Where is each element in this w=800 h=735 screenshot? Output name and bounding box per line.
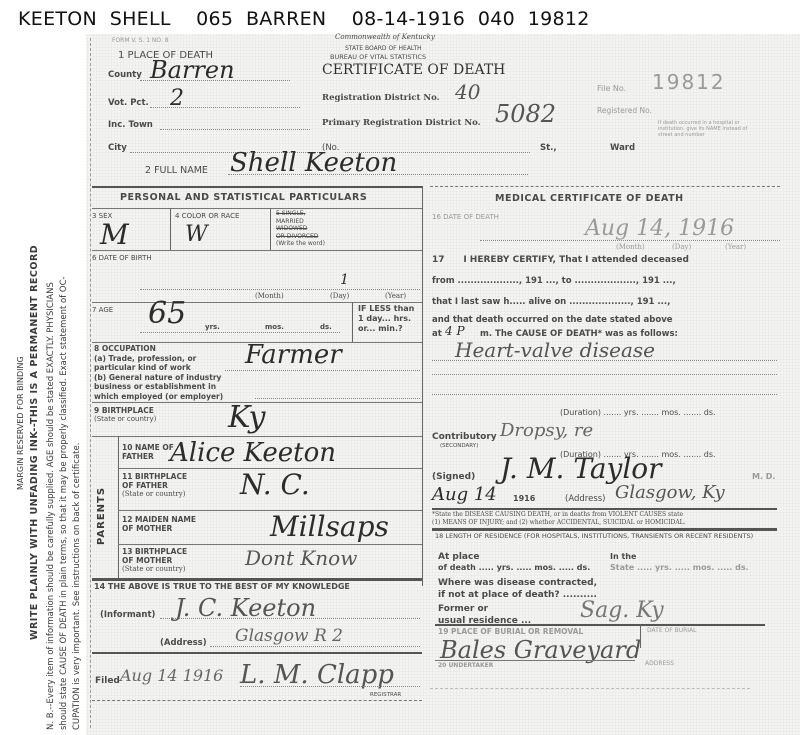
occupation-labels: 8 OCCUPATION (a) Trade, profession, or p…	[94, 344, 223, 401]
mother-maiden-labels: 12 MAIDEN NAME OF MOTHER	[122, 515, 196, 533]
attended-from-line: from ..................., 191 ..., to ..…	[432, 276, 676, 286]
birthplace-label: 9 BIRTHPLACE	[94, 406, 156, 415]
dob-label: 6 DATE OF BIRTH	[92, 254, 152, 262]
dod-month-label: (Month)	[616, 243, 645, 251]
divider	[92, 700, 422, 701]
vot-pct-label: Vot. Pct.	[108, 98, 149, 108]
marital-status-options: 5 SINGLE, MARRIED WIDOWED OR DIVORCED (W…	[276, 210, 325, 248]
hospital-note: If death occurred in a hospital or insti…	[658, 120, 758, 138]
county-value: Barren	[150, 56, 235, 84]
cause-line-2	[432, 374, 777, 375]
contributory-label: Contributory	[432, 432, 497, 442]
residence-label: 18 LENGTH OF RESIDENCE (FOR HOSPITALS, I…	[435, 532, 775, 540]
footnote-1: *State the DISEASE CAUSING DEATH, or in …	[432, 511, 683, 518]
date-of-death-label: 16 DATE OF DEATH	[432, 213, 499, 221]
divider	[92, 208, 422, 209]
father-birth-sub: (State or country)	[122, 490, 187, 499]
marital-widowed: WIDOWED	[276, 225, 325, 233]
occupation-a: (a) Trade, profession, or	[94, 354, 223, 364]
inc-town-line	[160, 129, 310, 130]
divider	[270, 208, 271, 250]
cause-line	[432, 360, 777, 361]
mother-maiden-label2: OF MOTHER	[122, 524, 196, 533]
address-value: Glasgow R 2	[235, 626, 343, 646]
burial-label: 19 PLACE OF BURIAL OR REMOVAL	[438, 627, 583, 636]
divider	[430, 186, 780, 187]
registrar-label: REGISTRAR	[370, 692, 401, 698]
personal-section-title: PERSONAL AND STATISTICAL PARTICULARS	[120, 192, 367, 203]
sex-value: M	[100, 218, 129, 251]
birthplace-sub: (State or country)	[94, 415, 156, 424]
city-label: City	[108, 143, 127, 153]
margin-rule	[90, 38, 91, 728]
filed-date-value: Aug 14 1916	[120, 666, 223, 685]
county-label: County	[108, 70, 142, 80]
date-of-death-line	[480, 240, 780, 241]
divider	[92, 250, 422, 251]
divider	[435, 660, 635, 661]
street-label: St.,	[540, 143, 557, 153]
dob-year-label: (Year)	[385, 292, 406, 300]
full-name-value: Shell Keeton	[230, 148, 397, 178]
occupation-line	[225, 370, 420, 371]
occupation-value: Farmer	[245, 340, 342, 370]
medical-section-title: MEDICAL CERTIFICATE OF DEATH	[495, 193, 684, 204]
address-line	[210, 646, 420, 647]
signed-year: 1916	[513, 494, 535, 503]
divider	[92, 186, 422, 188]
informant-value: J. C. Keeton	[175, 594, 316, 622]
footnote-2: (1) MEANS OF INJURY; and (2) whether ACC…	[432, 519, 686, 526]
binding-margin: MARGIN RESERVED FOR BINDING WRITE PLAINL…	[2, 40, 86, 730]
margin-reserved-text: MARGIN RESERVED FOR BINDING	[16, 356, 25, 490]
physician-signature: J. M. Taylor	[500, 452, 662, 485]
signed-label: (Signed)	[432, 472, 475, 482]
board-text: STATE BOARD OF HEALTH	[345, 45, 422, 52]
margin-instruction-4: CUPATION is very important. See instruct…	[72, 443, 82, 730]
mother-maiden-value: Millsaps	[270, 510, 389, 543]
file-no-label: File No.	[597, 84, 626, 93]
primary-registration-label: Primary Registration District No.	[322, 118, 481, 128]
primary-registration-value: 5082	[495, 100, 556, 128]
dob-day-value: 1	[340, 272, 349, 288]
bureau-text: BUREAU OF VITAL STATISTICS	[330, 53, 426, 61]
date-of-burial-label: DATE OF BURIAL	[647, 627, 697, 634]
birthplace-value: Ky	[228, 400, 265, 435]
age-value: 65	[148, 296, 186, 331]
mother-birth-label2: OF MOTHER	[122, 557, 187, 566]
former-residence-label: Former or	[438, 604, 488, 614]
if-less-line: or... min.?	[358, 324, 414, 334]
marital-note: (Write the word)	[276, 240, 325, 248]
file-no-value: 19812	[652, 70, 726, 94]
age-label: 7 AGE	[92, 306, 113, 314]
occupation-b3: which employed (or employer)	[94, 392, 223, 402]
birthplace-labels: 9 BIRTHPLACE (State or country)	[94, 406, 156, 424]
age-mos-label: mos.	[265, 323, 284, 331]
divider	[435, 624, 765, 626]
last-saw-line: that I last saw h..... alive on ........…	[432, 297, 670, 307]
race-value: W	[185, 222, 208, 247]
divider	[92, 436, 422, 437]
marital-married: MARRIED	[276, 218, 325, 226]
md-label: M. D.	[752, 472, 775, 481]
divider	[170, 208, 171, 250]
occupation-label: 8 OCCUPATION	[94, 344, 223, 354]
certify-statement: 17 I HEREBY CERTIFY, That I attended dec…	[432, 255, 689, 265]
industry-line	[255, 398, 420, 399]
if-less-line: IF LESS than	[358, 304, 414, 314]
divider	[92, 302, 422, 303]
registered-no-label: Registered No.	[597, 106, 652, 115]
form-number: FORM V. S. 1 NO. 8	[112, 37, 169, 44]
father-name-labels: 10 NAME OF FATHER	[122, 443, 174, 461]
contracted-label-2: if not at place of death? ..........	[438, 590, 597, 600]
father-birthplace-labels: 11 BIRTHPLACE OF FATHER (State or countr…	[122, 473, 187, 499]
divider	[640, 624, 641, 648]
cause-line-3	[432, 394, 777, 395]
parents-label: PARENTS	[96, 487, 107, 545]
signed-date-value: Aug 14	[432, 484, 497, 505]
certificate-title: CERTIFICATE OF DEATH	[322, 62, 505, 78]
occupation-b2: business or establishment in	[94, 382, 223, 392]
age-ds-label: ds.	[320, 323, 332, 331]
dob-line	[140, 289, 420, 290]
dob-day-label: (Day)	[330, 292, 349, 300]
registrar-line	[240, 686, 420, 687]
undertaker-address-label: ADDRESS	[645, 660, 674, 667]
full-name-label: 2 FULL NAME	[145, 165, 208, 176]
occupation-b: (b) General nature of industry	[94, 373, 223, 383]
margin-instruction-3: should state CAUSE OF DEATH in plain ter…	[59, 276, 69, 730]
contracted-label: Where was disease contracted,	[438, 578, 597, 588]
date-of-death-value: Aug 14, 1916	[585, 216, 734, 241]
ward-label: Ward	[610, 143, 635, 153]
contributory-value: Dropsy, re	[500, 420, 593, 441]
dod-day-label: (Day)	[672, 243, 691, 251]
father-name-label: 10 NAME OF	[122, 443, 174, 452]
secondary-label: (SECONDARY)	[440, 443, 478, 449]
father-birthplace-value: N. C.	[240, 468, 310, 501]
inc-town-label: Inc. Town	[108, 120, 153, 130]
commonwealth-text: Commonwealth of Kentucky	[335, 33, 435, 41]
filed-label: Filed	[95, 676, 120, 686]
divider	[118, 436, 119, 578]
divider	[432, 508, 777, 510]
divider	[432, 528, 777, 531]
father-name-value: Alice Keeton	[170, 438, 336, 468]
dob-month-label: (Month)	[255, 292, 284, 300]
column-divider	[422, 186, 423, 586]
former-residence-value: Sag. Ky	[580, 598, 664, 623]
mother-birth-sub: (State or country)	[122, 565, 187, 574]
race-label: 4 COLOR OR RACE	[175, 212, 239, 220]
divider	[430, 688, 750, 689]
margin-instruction-2: N. B.--Every item of information should …	[46, 282, 56, 730]
divider	[118, 544, 422, 545]
death-occurred-line: and that death occurred on the date stat…	[432, 315, 673, 325]
time-of-death-value: 4 P	[445, 324, 465, 338]
informant-label: (Informant)	[100, 610, 155, 620]
at-label: at	[432, 329, 442, 339]
divider	[92, 578, 422, 581]
mother-maiden-label: 12 MAIDEN NAME	[122, 515, 196, 524]
address-label: (Address)	[160, 638, 207, 648]
true-statement: 14 THE ABOVE IS TRUE TO THE BEST OF MY K…	[94, 582, 350, 591]
physician-address-value: Glasgow, Ky	[615, 482, 725, 503]
marital-single: 5 SINGLE,	[276, 210, 325, 218]
age-line	[140, 332, 340, 333]
if-less-line: 1 day... hrs.	[358, 314, 414, 324]
undertaker-label: 20 UNDERTAKER	[438, 662, 493, 669]
physician-address-label: (Address)	[565, 494, 605, 504]
registration-district-value: 40	[455, 80, 480, 104]
dod-year-label: (Year)	[725, 243, 746, 251]
vot-pct-value: 2	[170, 86, 184, 111]
state-line: State ..... yrs. ..... mos. ..... ds.	[610, 563, 749, 572]
father-birth-label2: OF FATHER	[122, 482, 187, 491]
if-less-note: IF LESS than 1 day... hrs. or... min.?	[358, 304, 414, 334]
divider	[92, 652, 422, 654]
duration-line: (Duration) ....... yrs. ....... mos. ...…	[560, 408, 716, 417]
occupation-a2: particular kind of work	[94, 363, 223, 373]
father-name-label2: FATHER	[122, 452, 174, 461]
divider	[352, 302, 353, 342]
at-place-label: At place	[438, 552, 479, 562]
marital-divorced: OR DIVORCED	[276, 233, 325, 241]
registration-district-label: Registration District No.	[322, 93, 440, 103]
cause-of-death-value: Heart-valve disease	[455, 338, 655, 362]
mother-birthplace-value: Dont Know	[245, 546, 357, 570]
age-yrs-label: yrs.	[205, 323, 220, 331]
index-header: KEETON SHELL 065 BARREN 08-14-1916 040 1…	[18, 8, 590, 30]
mother-birthplace-labels: 13 BIRTHPLACE OF MOTHER (State or countr…	[122, 548, 187, 574]
in-the-label: In the	[610, 552, 636, 561]
margin-instruction-1: WRITE PLAINLY WITH UNFADING INK--THIS IS…	[29, 245, 40, 640]
of-death-line: of death ..... yrs. ..... mos. ..... ds.	[438, 563, 590, 572]
